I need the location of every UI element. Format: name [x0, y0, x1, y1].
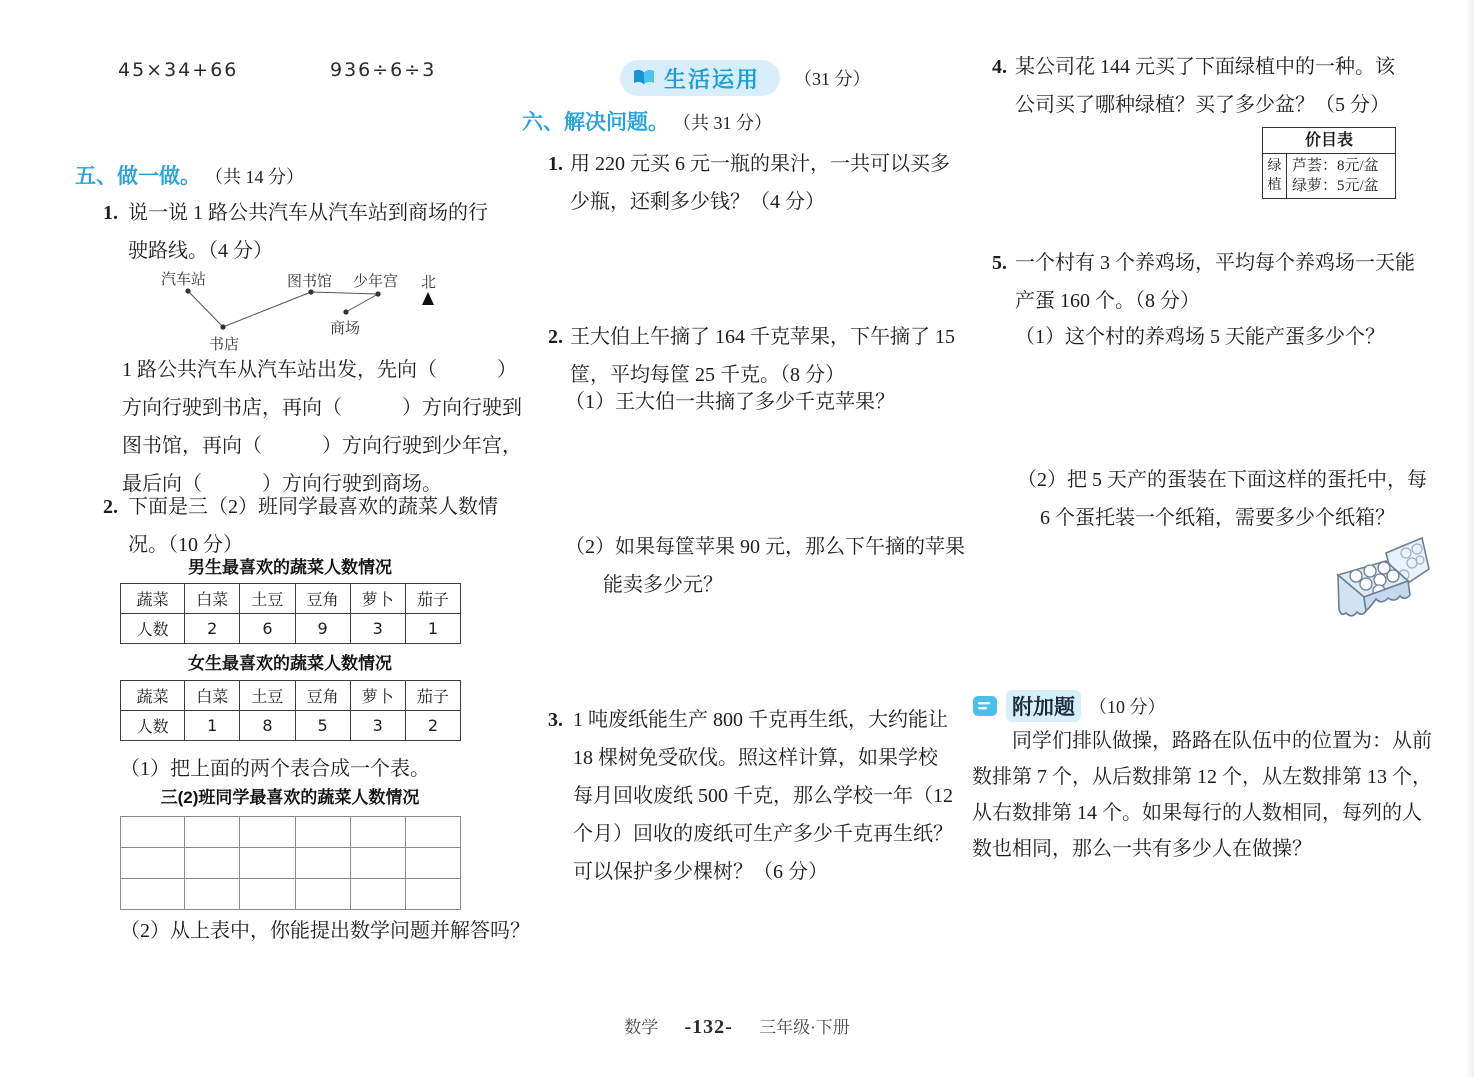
empty-cell[interactable] [295, 817, 350, 848]
solve-question-5-number: 5. [992, 244, 1007, 282]
text-line: 从右数排第 14 个。如果每行的人数相同，每列的人 [972, 795, 1424, 831]
solve-question-5-line: 产蛋 160 个。（8 分） [1015, 282, 1435, 320]
section-5-score: （共 14 分） [205, 163, 304, 189]
section-5-header: 五、做一做。 （共 14 分） [75, 160, 304, 190]
value-cell: 1 [185, 711, 240, 741]
value-cell: 6 [240, 614, 295, 644]
question-2-number: 2. [103, 488, 118, 526]
text-line: 图书馆，再向（ ）方向行驶到少年宫， [122, 427, 522, 465]
open-book-icon [632, 68, 656, 88]
mall-dot [343, 309, 348, 314]
solve-question-5-line: 一个村有 3 个养鸡场，平均每个养鸡场一天能 [1015, 244, 1435, 282]
calc-expression-2: 936÷6÷3 [330, 59, 436, 81]
footer-subject: 数学 [624, 1018, 658, 1037]
map-label-station: 汽车站 [161, 271, 206, 288]
merged-table-title: 三(2)班同学最喜欢的蔬菜人数情况 [120, 786, 460, 810]
row-label-cell: 人数 [121, 711, 185, 741]
row-label-cell: 人数 [121, 614, 185, 644]
note-icon [972, 694, 998, 718]
worksheet-page: 45×34+66 936÷6÷3 五、做一做。 （共 14 分） 1. 说一说 … [0, 0, 1474, 1077]
question-1-line: 说一说 1 路公共汽车从汽车站到商场的行 [128, 194, 528, 232]
solve-question-2-sub2: （2）如果每筐苹果 90 元，那么下午摘的苹果能卖多少元？ [565, 528, 975, 604]
bookstore-dot [220, 324, 225, 329]
header-cell: 白菜 [185, 681, 240, 711]
text-line: 数排第 7 个，从后数排第 12 个，从左数排第 13 个， [972, 759, 1424, 795]
text-line: 同学们排队做操，路路在队伍中的位置为：从前 [972, 723, 1424, 759]
life-application-banner: 生活运用 （31 分） [620, 60, 871, 96]
value-cell: 1 [405, 614, 460, 644]
library-dot [308, 289, 313, 294]
solve-question-1-line: 用 220 元买 6 元一瓶的果汁，一共可以买多 [570, 145, 980, 183]
empty-cell[interactable] [240, 817, 295, 848]
empty-cell[interactable] [121, 817, 185, 848]
boys-table-value-row: 人数 2 6 9 3 1 [121, 614, 461, 644]
text-line: 能卖多少元？ [565, 566, 975, 604]
page-footer: 数学 -132- 三年级·下册 [0, 1013, 1474, 1039]
header-cell: 茄子 [405, 681, 460, 711]
text-line: 6 个蛋托装一个纸箱，需要多少个纸箱？ [1017, 499, 1437, 537]
banner-label: 生活运用 [664, 63, 760, 94]
banner-score: （31 分） [794, 65, 871, 91]
section-6-header: 六、解决问题。 （共 31 分） [522, 106, 772, 136]
bonus-score: （10 分） [1089, 693, 1166, 719]
solve-question-2-number: 2. [548, 318, 563, 356]
empty-cell[interactable] [121, 848, 185, 879]
empty-cell[interactable] [295, 879, 350, 910]
header-cell: 蔬菜 [121, 681, 185, 711]
footer-page-number: -132- [685, 1016, 733, 1038]
north-arrow-icon [422, 292, 434, 305]
question-1-fill-blanks: 1 路公共汽车从汽车站出发，先向（ ）方向行驶到书店，再向（ ）方向行驶到图书馆… [122, 351, 522, 503]
value-cell: 2 [405, 711, 460, 741]
empty-cell[interactable] [240, 848, 295, 879]
solve-question-4-number: 4. [992, 48, 1007, 86]
egg-tray-illustration [1332, 533, 1436, 631]
price-list-category: 绿植 [1263, 154, 1287, 198]
section-5-title: 五、做一做。 [75, 160, 201, 190]
map-label-library: 图书馆 [287, 272, 332, 290]
empty-cell[interactable] [350, 817, 405, 848]
calc-expression-1: 45×34+66 [118, 59, 238, 81]
section-6-score: （共 31 分） [673, 109, 772, 135]
solve-question-3-line: 18 棵树免受砍伐。照这样计算，如果学校 [573, 739, 983, 777]
station-dot [185, 288, 190, 293]
solve-question-3-line: 可以保护多少棵树？（6 分） [573, 853, 983, 891]
header-cell: 蔬菜 [121, 584, 185, 614]
solve-question-3-line: 1 吨废纸能生产 800 千克再生纸，大约能让 [573, 701, 983, 739]
header-cell: 豆角 [295, 681, 350, 711]
bonus-question-text: 同学们排队做操，路路在队伍中的位置为：从前数排第 7 个，从后数排第 12 个，… [972, 723, 1424, 867]
value-cell: 9 [295, 614, 350, 644]
boys-table-header-row: 蔬菜 白菜 土豆 豆角 萝卜 茄子 [121, 584, 461, 614]
value-cell: 2 [185, 614, 240, 644]
solve-question-2-line: 王大伯上午摘了 164 千克苹果，下午摘了 15 [570, 318, 980, 356]
footer-edition: 三年级·下册 [759, 1018, 850, 1037]
empty-row [121, 879, 461, 910]
solve-question-5: 5. 一个村有 3 个养鸡场，平均每个养鸡场一天能 产蛋 160 个。（8 分） [1015, 244, 1435, 320]
price-list-body: 绿植 芦荟：8元/盆绿萝：5元/盆 [1263, 154, 1395, 198]
girls-table: 蔬菜 白菜 土豆 豆角 萝卜 茄子 人数 1 8 5 3 2 [120, 680, 461, 741]
question-1-number: 1. [103, 194, 118, 232]
map-label-mall: 商场 [330, 320, 360, 337]
header-cell: 茄子 [405, 584, 460, 614]
solve-question-3-number: 3. [548, 701, 563, 739]
empty-cell[interactable] [240, 879, 295, 910]
solve-question-2-sub1: （1）王大伯一共摘了多少千克苹果？ [565, 383, 895, 421]
solve-question-3-line: 个月）回收的废纸可生产多少千克再生纸？ [573, 815, 983, 853]
girls-table-value-row: 人数 1 8 5 3 2 [121, 711, 461, 741]
empty-cell[interactable] [405, 817, 460, 848]
empty-row [121, 848, 461, 879]
map-label-north: 北 [421, 274, 436, 291]
banner-pill: 生活运用 [620, 60, 780, 96]
empty-cell[interactable] [121, 879, 185, 910]
text-line: 方向行驶到书店，再向（ ）方向行驶到 [122, 389, 522, 427]
solve-question-1-line: 少瓶，还剩多少钱？（4 分） [570, 183, 980, 221]
text-line: 1 路公共汽车从汽车站出发，先向（ ） [122, 351, 522, 389]
solve-question-4: 4. 某公司花 144 元买了下面绿植中的一种。该 公司买了哪种绿植？买了多少盆… [1015, 48, 1435, 124]
text-line: 数也相同，那么一共有多少人在做操？ [972, 831, 1424, 867]
solve-question-4-line: 某公司花 144 元买了下面绿植中的一种。该 [1015, 48, 1435, 86]
map-label-youth-palace: 少年宫 [353, 272, 398, 290]
value-cell: 5 [295, 711, 350, 741]
header-cell: 萝卜 [350, 681, 405, 711]
empty-cell[interactable] [295, 848, 350, 879]
price-list-title: 价目表 [1263, 128, 1395, 154]
header-cell: 白菜 [185, 584, 240, 614]
value-cell: 3 [350, 711, 405, 741]
header-cell: 土豆 [240, 584, 295, 614]
header-cell: 豆角 [295, 584, 350, 614]
empty-cell[interactable] [405, 879, 460, 910]
price-list-items: 芦荟：8元/盆绿萝：5元/盆 [1287, 154, 1395, 198]
empty-row [121, 817, 461, 848]
question-2-sub2: （2）从上表中，你能提出数学问题并解答吗？ [120, 912, 530, 950]
bonus-section-header: 附加题 （10 分） [972, 690, 1166, 722]
empty-cell[interactable] [350, 879, 405, 910]
empty-cell[interactable] [350, 848, 405, 879]
solve-question-4-line: 公司买了哪种绿植？买了多少盆？（5 分） [1015, 86, 1435, 124]
solve-question-3: 3. 1 吨废纸能生产 800 千克再生纸，大约能让 18 棵树免受砍伐。照这样… [573, 701, 983, 891]
text-line: 绿萝：5元/盆 [1292, 176, 1395, 196]
solve-question-5-sub1: （1）这个村的养鸡场 5 天能产蛋多少个？ [1015, 318, 1385, 356]
solve-question-1: 1. 用 220 元买 6 元一瓶的果汁，一共可以买多 少瓶，还剩多少钱？（4 … [570, 145, 980, 221]
boys-table: 蔬菜 白菜 土豆 豆角 萝卜 茄子 人数 2 6 9 3 1 [120, 583, 461, 644]
header-cell: 土豆 [240, 681, 295, 711]
girls-table-header-row: 蔬菜 白菜 土豆 豆角 萝卜 茄子 [121, 681, 461, 711]
value-cell: 8 [240, 711, 295, 741]
empty-cell[interactable] [185, 848, 240, 879]
bonus-title: 附加题 [1006, 690, 1081, 722]
bus-route-map: 汽车站 图书馆 少年宫 北 书店 商场 [125, 258, 465, 358]
empty-cell[interactable] [185, 817, 240, 848]
empty-cell[interactable] [405, 848, 460, 879]
value-cell: 3 [350, 614, 405, 644]
question-2-line: 下面是三（2）班同学最喜欢的蔬菜人数情 [128, 488, 528, 526]
solve-question-3-line: 每月回收废纸 500 千克，那么学校一年（12 [573, 777, 983, 815]
text-line: 芦荟：8元/盆 [1292, 156, 1395, 176]
text-line: （2）如果每筐苹果 90 元，那么下午摘的苹果 [565, 528, 975, 566]
question-2: 2. 下面是三（2）班同学最喜欢的蔬菜人数情 况。（10 分） [128, 488, 528, 564]
price-list-table: 价目表 绿植 芦荟：8元/盆绿萝：5元/盆 [1262, 127, 1396, 199]
section-6-title: 六、解决问题。 [522, 106, 669, 136]
text-line: （2）把 5 天产的蛋装在下面这样的蛋托中，每 [1017, 461, 1437, 499]
empty-cell[interactable] [185, 879, 240, 910]
header-cell: 萝卜 [350, 584, 405, 614]
youth-palace-dot [375, 291, 380, 296]
solve-question-5-sub2: （2）把 5 天产的蛋装在下面这样的蛋托中，每6 个蛋托装一个纸箱，需要多少个纸… [1017, 461, 1437, 537]
boys-table-title: 男生最喜欢的蔬菜人数情况 [120, 556, 460, 580]
solve-question-1-number: 1. [548, 145, 563, 183]
question-2-sub1: （1）把上面的两个表合成一个表。 [120, 750, 430, 788]
girls-table-title: 女生最喜欢的蔬菜人数情况 [120, 652, 460, 676]
merged-empty-table [120, 816, 461, 910]
